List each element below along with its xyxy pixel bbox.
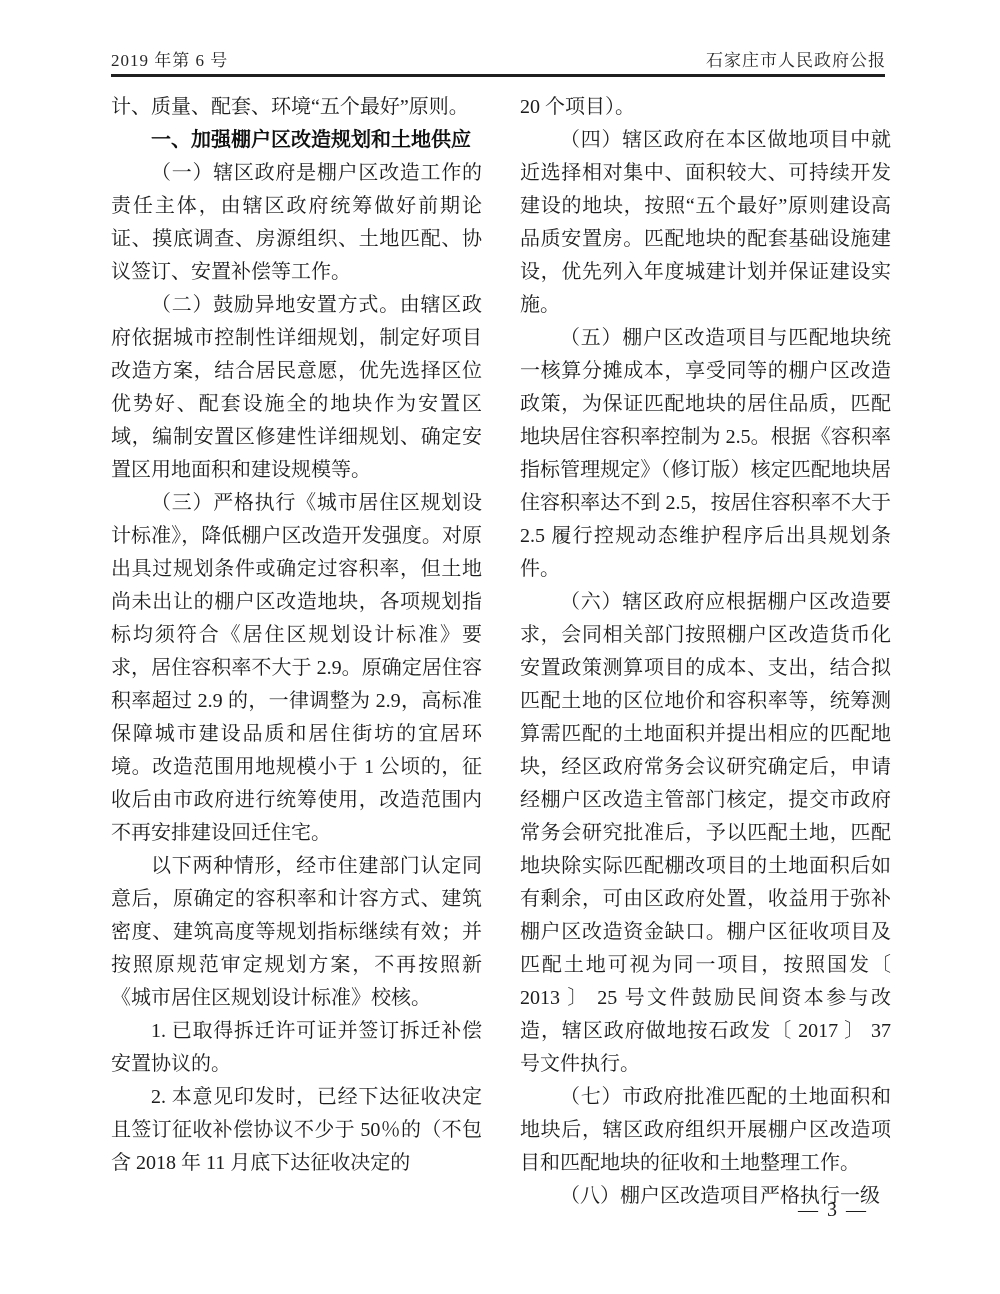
paragraph: （一）辖区政府是棚户区改造工作的责任主体，由辖区政府统筹做好前期论证、摸底调查、… xyxy=(111,157,482,289)
page-header: 2019 年第 6 号 石家庄市人民政府公报 xyxy=(111,46,886,71)
paragraph: 20 个项目）。 xyxy=(520,91,891,124)
issue-label: 2019 年第 6 号 xyxy=(111,46,228,71)
paragraph: 1. 已取得拆迁许可证并签订拆迁补偿安置协议的。 xyxy=(111,1015,482,1081)
paragraph: （二）鼓励异地安置方式。由辖区政府依据城市控制性详细规划，制定好项目改造方案，结… xyxy=(111,289,482,487)
paragraph: 计、质量、配套、环境“五个最好”原则。 xyxy=(111,91,482,124)
paragraph: （三）严格执行《城市居住区规划设计标准》，降低棚户区改造开发强度。对原出具过规划… xyxy=(111,487,482,850)
paragraph: （六）辖区政府应根据棚户区改造要求，会同相关部门按照棚户区改造货币化安置政策测算… xyxy=(520,586,891,1081)
paragraph: 以下两种情形，经市住建部门认定同意后，原确定的容积率和计容方式、建筑密度、建筑高… xyxy=(111,850,482,1015)
document-body: 计、质量、配套、环境“五个最好”原则。一、加强棚户区改造规划和土地供应（一）辖区… xyxy=(111,91,891,1213)
right-column: 20 个项目）。（四）辖区政府在本区做地项目中就近选择相对集中、面积较大、可持续… xyxy=(520,91,891,1213)
paragraph: （七）市政府批准匹配的土地面积和地块后，辖区政府组织开展棚户区改造项目和匹配地块… xyxy=(520,1081,891,1180)
paragraph: 2. 本意见印发时，已经下达征收决定且签订征收补偿协议不少于 50％的（不包含 … xyxy=(111,1081,482,1180)
left-column: 计、质量、配套、环境“五个最好”原则。一、加强棚户区改造规划和土地供应（一）辖区… xyxy=(111,91,482,1213)
gazette-page: 2019 年第 6 号 石家庄市人民政府公报 计、质量、配套、环境“五个最好”原… xyxy=(0,0,1000,1294)
header-rule xyxy=(111,74,885,77)
paragraph: （五）棚户区改造项目与匹配地块统一核算分摊成本，享受同等的棚户区改造政策，为保证… xyxy=(520,322,891,586)
paragraph: （四）辖区政府在本区做地项目中就近选择相对集中、面积较大、可持续开发建设的地块，… xyxy=(520,124,891,322)
gazette-title: 石家庄市人民政府公报 xyxy=(706,46,886,71)
section-heading: 一、加强棚户区改造规划和土地供应 xyxy=(111,124,482,157)
page-number: — 3 — xyxy=(798,1199,868,1222)
